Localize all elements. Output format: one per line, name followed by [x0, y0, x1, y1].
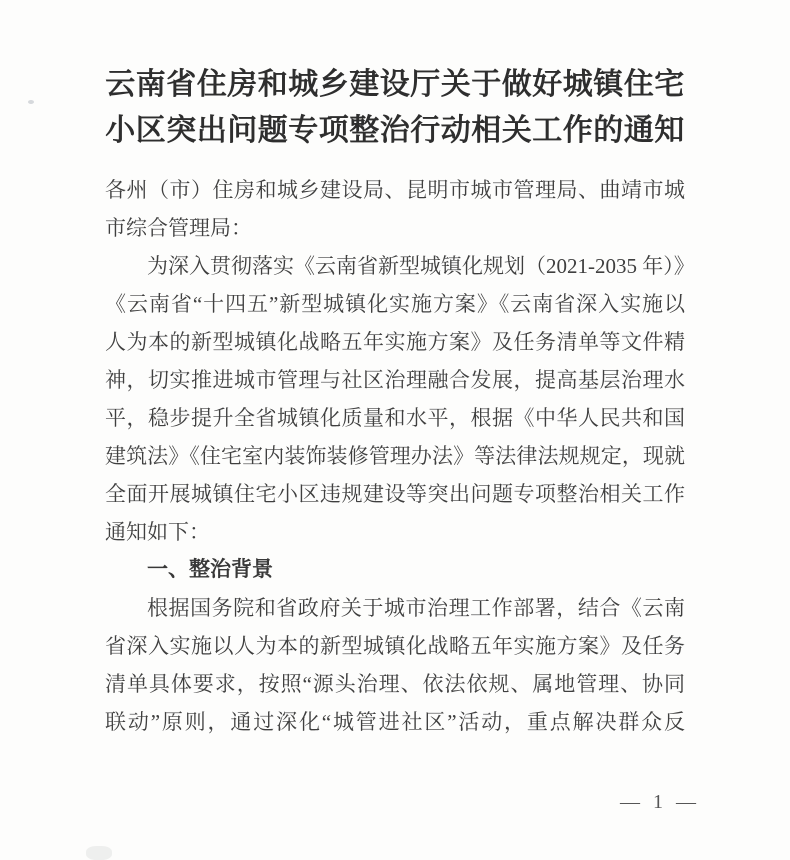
paragraph-line: 联动”原则，通过深化“城管进社区”活动，重点解决群众反	[105, 703, 685, 741]
scan-artifact	[86, 846, 112, 860]
section-heading: 一、整治背景	[105, 551, 685, 589]
paragraph-line: 人为本的新型城镇化战略五年实施方案》及任务清单等文件精	[105, 323, 685, 361]
paragraph-line: 全面开展城镇住宅小区违规建设等突出问题专项整治相关工作	[105, 475, 685, 513]
paragraph-line: 平，稳步提升全省城镇化质量和水平，根据《中华人民共和国	[105, 399, 685, 437]
paragraph-line: 为深入贯彻落实《云南省新型城镇化规划（2021-2035 年）》	[105, 247, 685, 285]
addressee-line: 各州（市）住房和城乡建设局、昆明市城市管理局、曲靖市城	[105, 171, 685, 209]
document-title: 云南省住房和城乡建设厅关于做好城镇住宅 小区突出问题专项整治行动相关工作的通知	[54, 62, 736, 154]
document-body: 各州（市）住房和城乡建设局、昆明市城市管理局、曲靖市城 市综合管理局： 为深入贯…	[105, 171, 685, 741]
paragraph-line: 《云南省“十四五”新型城镇化实施方案》《云南省深入实施以	[105, 285, 685, 323]
paragraph-line: 根据国务院和省政府关于城市治理工作部署，结合《云南	[105, 589, 685, 627]
scanned-document-page: 云南省住房和城乡建设厅关于做好城镇住宅 小区突出问题专项整治行动相关工作的通知 …	[0, 0, 790, 860]
paragraph-line: 神，切实推进城市管理与社区治理融合发展，提高基层治理水	[105, 361, 685, 399]
document-title-line: 小区突出问题专项整治行动相关工作的通知	[54, 108, 736, 154]
paragraph-line: 建筑法》《住宅室内装饰装修管理办法》等法律法规规定，现就	[105, 437, 685, 475]
scan-artifact	[28, 100, 34, 104]
paragraph-line: 清单具体要求，按照“源头治理、依法依规、属地管理、协同	[105, 665, 685, 703]
paragraph-line: 省深入实施以人为本的新型城镇化战略五年实施方案》及任务	[105, 627, 685, 665]
document-title-line: 云南省住房和城乡建设厅关于做好城镇住宅	[54, 62, 736, 108]
addressee-line: 市综合管理局：	[105, 209, 685, 247]
paragraph-line: 通知如下：	[105, 513, 685, 551]
page-number: — 1 —	[620, 791, 700, 814]
